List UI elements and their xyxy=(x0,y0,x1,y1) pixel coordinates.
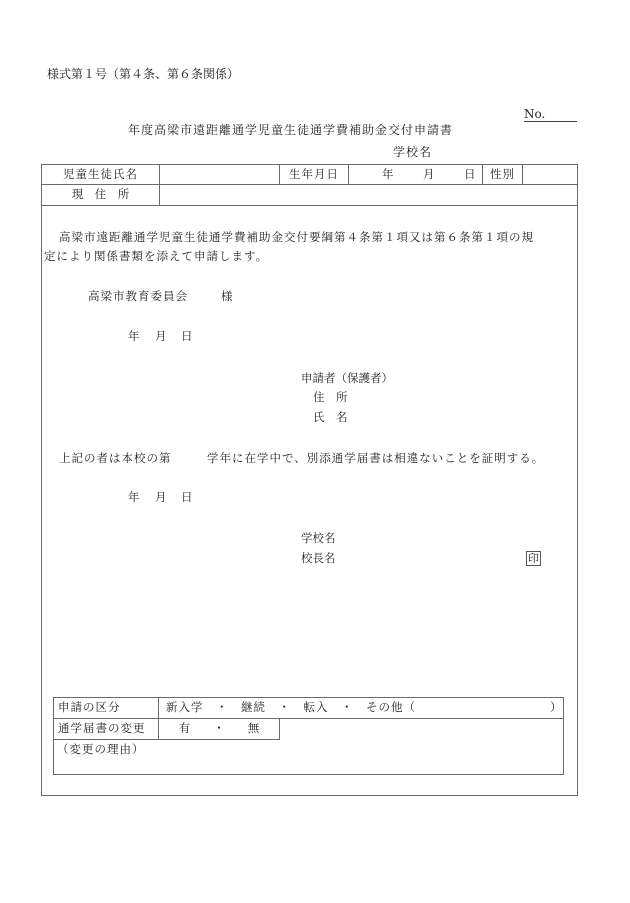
birthdate-year: 年 xyxy=(382,169,394,181)
category-close-paren: ） xyxy=(550,698,560,718)
change-reason-field[interactable] xyxy=(54,758,563,774)
address-field[interactable] xyxy=(160,185,577,205)
date1-day: 日 xyxy=(181,331,193,343)
document-number-label: No. xyxy=(524,108,577,122)
date2-month: 月 xyxy=(155,492,167,504)
student-name-field[interactable] xyxy=(160,165,279,184)
date2-year: 年 xyxy=(128,492,140,504)
birthdate-day: 日 xyxy=(464,169,476,181)
date2-day: 日 xyxy=(181,492,193,504)
frame-right-border xyxy=(577,164,578,796)
addressee: 高梁市教育委員会 xyxy=(88,291,188,303)
seal-mark: 印 xyxy=(526,551,541,566)
applicant-name-label: 氏 名 xyxy=(313,412,348,424)
bottom-table-col-divider xyxy=(279,718,280,740)
date1-year: 年 xyxy=(128,331,140,343)
no-label: No. xyxy=(524,107,545,121)
applicant-address-label: 住 所 xyxy=(313,392,348,404)
gender-field[interactable] xyxy=(523,165,577,184)
frame-bottom-border xyxy=(41,795,578,796)
bottom-table-right-border xyxy=(563,697,564,775)
change-reason-label: （変更の理由） xyxy=(57,744,145,756)
row2-bottom-border xyxy=(41,205,578,206)
honorific: 様 xyxy=(221,291,233,303)
school-name-header-label: 学校名 xyxy=(393,146,432,158)
form-number: 様式第１号（第４条、第６条関係） xyxy=(47,68,239,80)
route-change-options[interactable]: 有 ・ 無 xyxy=(159,719,279,739)
principal-name-label: 校長名 xyxy=(301,553,336,565)
category-options[interactable]: 新入学 ・ 継続 ・ 転入 ・ その他（ xyxy=(166,698,536,718)
date1-month: 月 xyxy=(155,331,167,343)
application-paragraph-line1: 高梁市遠距離通学児童生徒通学費補助金交付要綱第４条第１項又は第６条第１項の規 xyxy=(59,232,534,244)
frame-left-border xyxy=(41,164,42,796)
gender-label: 性別 xyxy=(483,165,522,184)
student-name-label: 児童生徒氏名 xyxy=(42,165,159,184)
applicant-label: 申請者（保護者） xyxy=(301,373,393,385)
certification-part2: 学年に在学中で、別添通学届書は相違ないことを証明する。 xyxy=(207,453,544,465)
birthdate-month: 月 xyxy=(423,169,435,181)
page-title: 年度高梁市遠距離通学児童生徒通学費補助金交付申請書 xyxy=(128,124,453,136)
school-name-label: 学校名 xyxy=(301,533,336,545)
address-label: 現 住 所 xyxy=(42,185,159,205)
category-label: 申請の区分 xyxy=(58,698,158,718)
application-paragraph-line2: 定により関係書類を添えて申請します。 xyxy=(44,251,268,263)
bottom-table-row2-border xyxy=(53,739,279,740)
route-change-label: 通学届書の変更 xyxy=(58,719,158,739)
birthdate-field[interactable]: 年 月 日 xyxy=(349,165,482,184)
bottom-table-bottom-border xyxy=(53,774,564,775)
birthdate-label: 生年月日 xyxy=(280,165,348,184)
certification-part1: 上記の者は本校の第 xyxy=(59,453,172,465)
